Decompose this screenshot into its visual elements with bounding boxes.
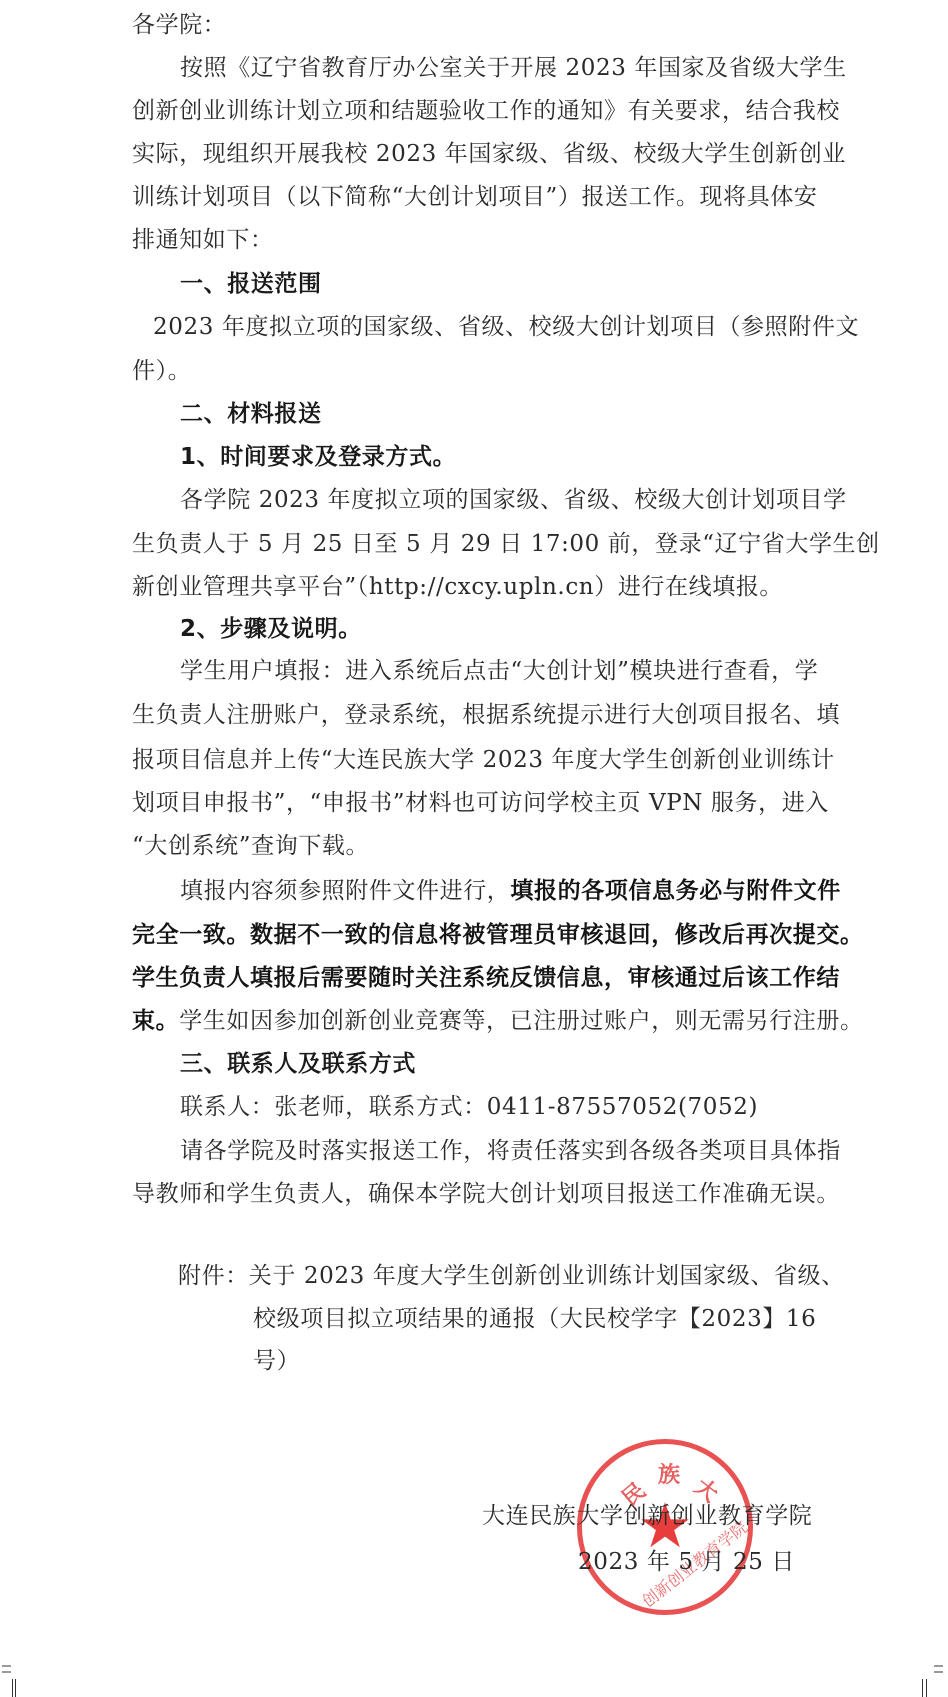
subsection-heading-time: 1、时间要求及登录方式。 [180, 436, 860, 479]
section-heading-materials: 二、材料报送 [180, 393, 860, 436]
notice-paragraph-end: 束。学生如因参加创新创业竞赛等，已注册过账户，则无需另行注册。 [132, 1000, 812, 1043]
notice-paragraph: 填报内容须参照附件文件进行，填报的各项信息务必与附件文件 [180, 870, 860, 913]
attachment-line: 校级项目拟立项结果的通报（大民校学字【2023】16 [253, 1298, 933, 1341]
section-text: 生负责人于 5 月 25 日至 5 月 29 日 17:00 前，登录“辽宁省大… [132, 523, 812, 566]
notice-bold-text: 填报的各项信息务必与附件文件 [510, 878, 840, 904]
intro-line: 创新创业训练计划立项和结题验收工作的通知》有关要求，结合我校 [132, 90, 812, 133]
section-heading-scope: 一、报送范围 [180, 263, 860, 306]
section-text: “大创系统”查询下载。 [132, 825, 812, 868]
closing-text: 导教师和学生负责人，确保本学院大创计划项目报送工作准确无误。 [132, 1173, 812, 1216]
page-corner-mark-right [920, 1665, 948, 1697]
salutation: 各学院： [132, 4, 812, 47]
section-text-url: 新创业管理共享平台”（http://cxcy.upln.cn）进行在线填报。 [132, 566, 812, 609]
page-corner-mark-left [2, 1665, 16, 1697]
attachment-line: 附件：关于 2023 年度大学生创新创业训练计划国家级、省级、 [178, 1255, 858, 1298]
section-text: 生负责人注册账户，登录系统，根据系统提示进行大创项目报名、填 [132, 694, 812, 737]
contact-info: 联系人：张老师，联系方式：0411-87557052(7052) [180, 1086, 860, 1129]
signature-date: 2023 年 5 月 25 日 [578, 1541, 818, 1584]
notice-normal-text: 学生如因参加创新创业竞赛等，已注册过账户，则无需另行注册。 [179, 1008, 863, 1034]
section-text: 2023 年度拟立项的国家级、省级、校级大创计划项目（参照附件文 [153, 306, 833, 349]
notice-bold-line: 完全一致。数据不一致的信息将被管理员审核退回，修改后再次提交。 [132, 914, 812, 957]
subsection-heading-steps: 2、步骤及说明。 [180, 608, 860, 651]
intro-line: 实际，现组织开展我校 2023 年国家级、省级、校级大学生创新创业 [132, 133, 812, 176]
section-text: 各学院 2023 年度拟立项的国家级、省级、校级大创计划项目学 [180, 479, 860, 522]
section-heading-contact: 三、联系人及联系方式 [180, 1043, 860, 1086]
intro-line: 训练计划项目（以下简称“大创计划项目”）报送工作。现将具体安 [132, 176, 812, 219]
section-text: 件）。 [132, 350, 812, 393]
notice-normal-text: 填报内容须参照附件文件进行， [180, 878, 510, 904]
intro-line: 按照《辽宁省教育厅办公室关于开展 2023 年国家及省级大学生 [180, 47, 860, 90]
notice-bold-text: 束。 [132, 1008, 179, 1034]
seal-char: 族 [658, 1458, 680, 1489]
section-text: 学生用户填报：进入系统后点击“大创计划”模块进行查看，学 [180, 650, 860, 693]
notice-bold-line: 学生负责人填报后需要随时关注系统反馈信息，审核通过后该工作结 [132, 957, 812, 1000]
closing-text: 请各学院及时落实报送工作，将责任落实到各级各类项目具体指 [180, 1130, 860, 1173]
signature-org: 大连民族大学创新创业教育学院 [482, 1495, 812, 1538]
intro-line: 排通知如下： [132, 219, 812, 262]
section-text: 报项目信息并上传“大连民族大学 2023 年度大学生创新创业训练计 [132, 739, 812, 782]
attachment-line: 号） [253, 1340, 933, 1383]
section-text: 划项目申报书”，“申报书”材料也可访问学校主页 VPN 服务，进入 [132, 782, 812, 825]
